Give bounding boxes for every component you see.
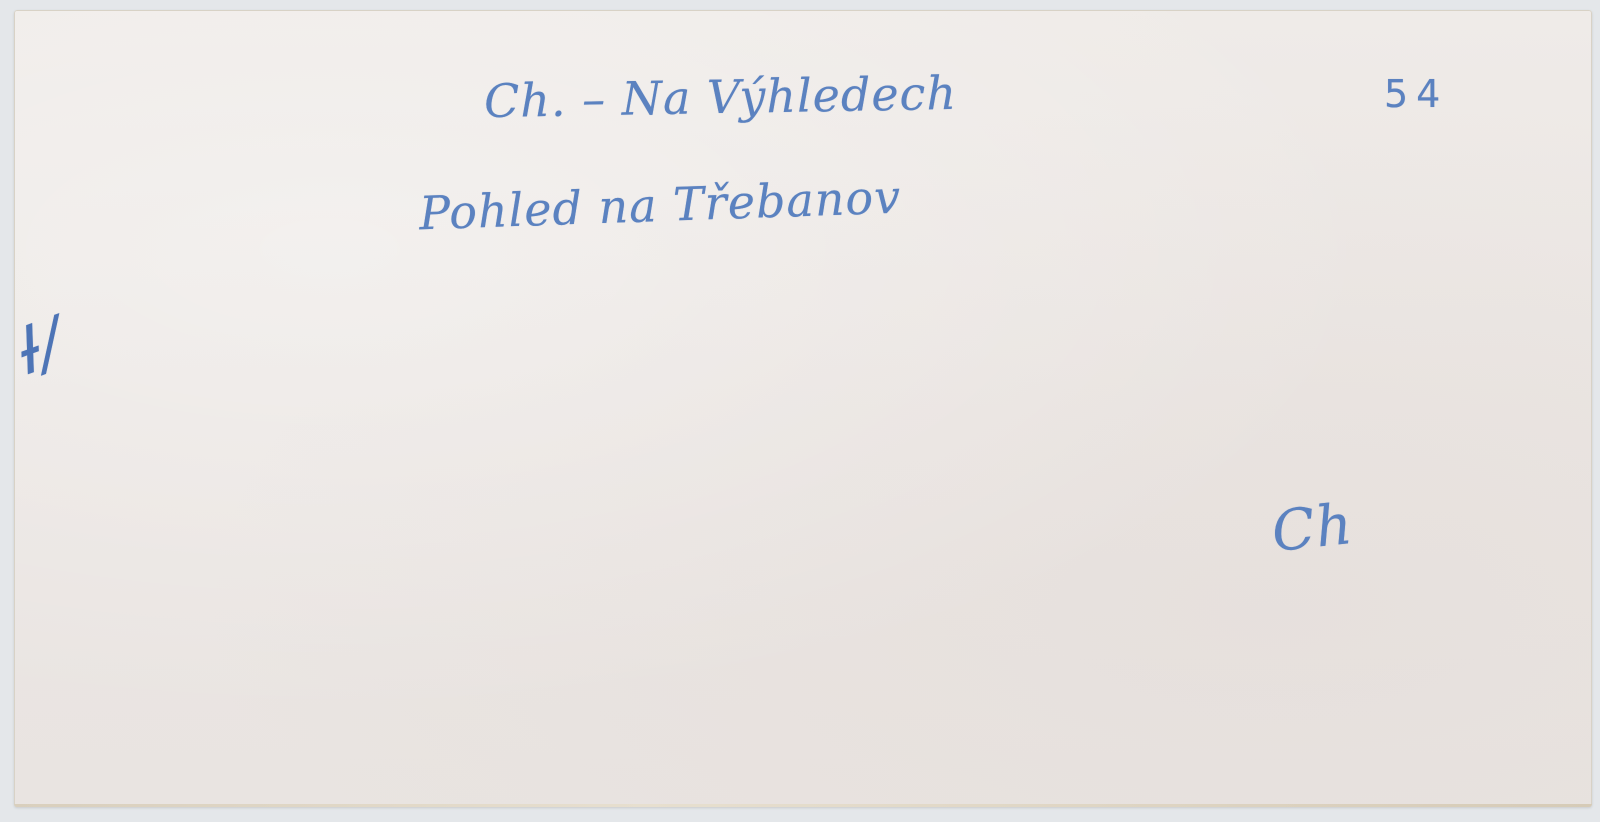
photo-card-back: Ch. – Na Výhledech Pohled na Třebanov 54… — [14, 10, 1592, 807]
handwritten-side-mark: Ɨ/ — [20, 301, 63, 393]
handwritten-caption: Pohled na Třebanov — [418, 170, 902, 241]
scanned-document: Ch. – Na Výhledech Pohled na Třebanov 54… — [0, 0, 1600, 822]
handwritten-initials: Ch — [1269, 492, 1356, 565]
handwritten-number: 54 — [1384, 72, 1448, 116]
handwritten-heading: Ch. – Na Výhledech — [484, 66, 958, 128]
